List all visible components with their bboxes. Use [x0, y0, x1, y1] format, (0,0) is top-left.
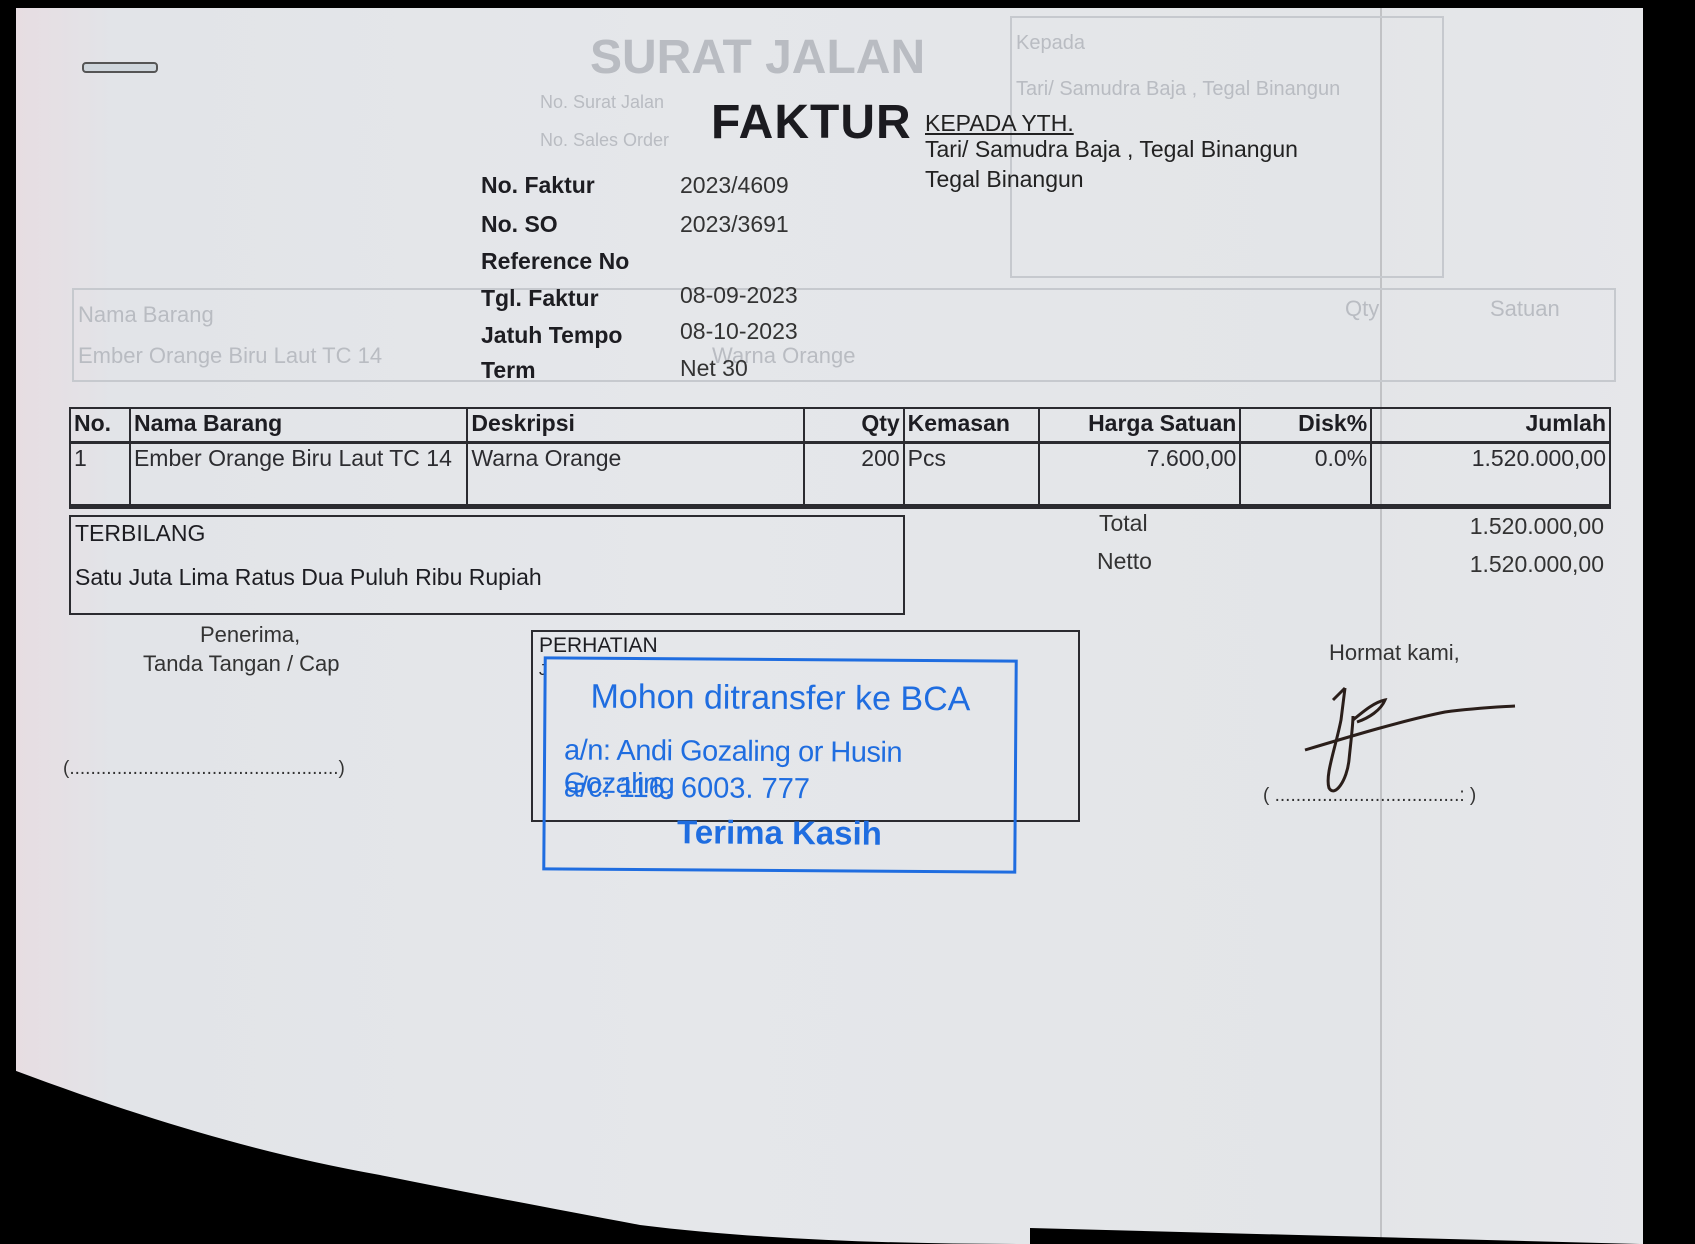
cell-nama-barang: Ember Orange Biru Laut TC 14 — [130, 443, 467, 507]
page-title: FAKTUR — [711, 95, 912, 150]
meta-label-tgl-faktur: Tgl. Faktur — [481, 285, 599, 312]
bank-transfer-stamp: Mohon ditransfer ke BCA a/n: Andi Gozali… — [542, 656, 1017, 873]
meta-value-no-so: 2023/3691 — [680, 211, 789, 238]
ghost-no-sales-order: No. Sales Order — [540, 130, 669, 151]
netto-label: Netto — [1097, 548, 1152, 575]
cell-no: 1 — [70, 443, 130, 507]
total-label: Total — [1099, 510, 1148, 537]
ghost-no-surat-jalan: No. Surat Jalan — [540, 92, 664, 113]
signature-icon — [1295, 680, 1525, 800]
recipient-line2: Tegal Binangun — [925, 166, 1084, 193]
col-header-jumlah: Jumlah — [1371, 408, 1610, 443]
col-header-no: No. — [70, 408, 130, 443]
ghost-satuan: Satuan — [1490, 296, 1560, 322]
meta-label-no-so: No. SO — [481, 211, 558, 238]
meta-label-jatuh-tempo: Jatuh Tempo — [481, 322, 622, 349]
ghost-kepada-line: Tari/ Samudra Baja , Tegal Binangun — [1016, 78, 1340, 101]
meta-value-term: Net 30 — [680, 355, 748, 382]
recipient-line1: Tari/ Samudra Baja , Tegal Binangun — [925, 136, 1298, 163]
stamp-account-number: a/c: 116. 6003. 777 — [564, 771, 810, 806]
cell-qty: 200 — [804, 443, 904, 507]
meta-value-jatuh-tempo: 08-10-2023 — [680, 318, 798, 345]
table-header-row: No. Nama Barang Deskripsi Qty Kemasan Ha… — [70, 408, 1610, 443]
ghost-nama-barang: Nama Barang — [78, 302, 214, 328]
col-header-qty: Qty — [804, 408, 904, 443]
col-header-harga-satuan: Harga Satuan — [1039, 408, 1241, 443]
cell-harga-satuan: 7.600,00 — [1039, 443, 1241, 507]
stamp-thanks: Terima Kasih — [545, 812, 1013, 853]
meta-value-tgl-faktur: 08-09-2023 — [680, 282, 798, 309]
cell-kemasan: Pcs — [904, 443, 1039, 507]
terbilang-box: TERBILANG Satu Juta Lima Ratus Dua Puluh… — [69, 515, 905, 615]
receiver-signature-blank: (.......................................… — [63, 758, 345, 780]
staple-icon — [82, 62, 158, 73]
meta-value-no-faktur: 2023/4609 — [680, 172, 789, 199]
meta-label-no-faktur: No. Faktur — [481, 172, 595, 199]
col-header-disk: Disk% — [1240, 408, 1371, 443]
table-row: 1 Ember Orange Biru Laut TC 14 Warna Ora… — [70, 443, 1610, 507]
sender-line1: Hormat kami, — [1329, 640, 1460, 666]
meta-label-term: Term — [481, 357, 536, 384]
total-value: 1.520.000,00 — [1470, 513, 1604, 540]
ghost-item: Ember Orange Biru Laut TC 14 — [78, 343, 382, 369]
recipient-heading: KEPADA YTH. — [925, 110, 1074, 137]
col-header-kemasan: Kemasan — [904, 408, 1039, 443]
meta-label-reference-no: Reference No — [481, 248, 629, 275]
col-header-deskripsi: Deskripsi — [467, 408, 803, 443]
perhatian-label: PERHATIAN — [539, 634, 658, 658]
terbilang-label: TERBILANG — [75, 520, 205, 547]
cell-deskripsi: Warna Orange — [467, 443, 803, 507]
ghost-qty: Qty — [1345, 296, 1379, 322]
receiver-line1: Penerima, — [200, 622, 300, 648]
terbilang-text: Satu Juta Lima Ratus Dua Puluh Ribu Rupi… — [75, 564, 542, 591]
ghost-title: SURAT JALAN — [590, 30, 925, 85]
sender-signature-blank: ( ...................................: ) — [1263, 785, 1476, 807]
col-header-nama-barang: Nama Barang — [130, 408, 467, 443]
cell-jumlah: 1.520.000,00 — [1371, 443, 1610, 507]
receiver-line2: Tanda Tangan / Cap — [143, 651, 340, 677]
cell-disk: 0.0% — [1240, 443, 1371, 507]
ghost-kepada: Kepada — [1016, 32, 1085, 55]
items-table: No. Nama Barang Deskripsi Qty Kemasan Ha… — [69, 407, 1611, 509]
stamp-line1: Mohon ditransfer ke BCA — [546, 677, 1014, 719]
netto-value: 1.520.000,00 — [1470, 551, 1604, 578]
